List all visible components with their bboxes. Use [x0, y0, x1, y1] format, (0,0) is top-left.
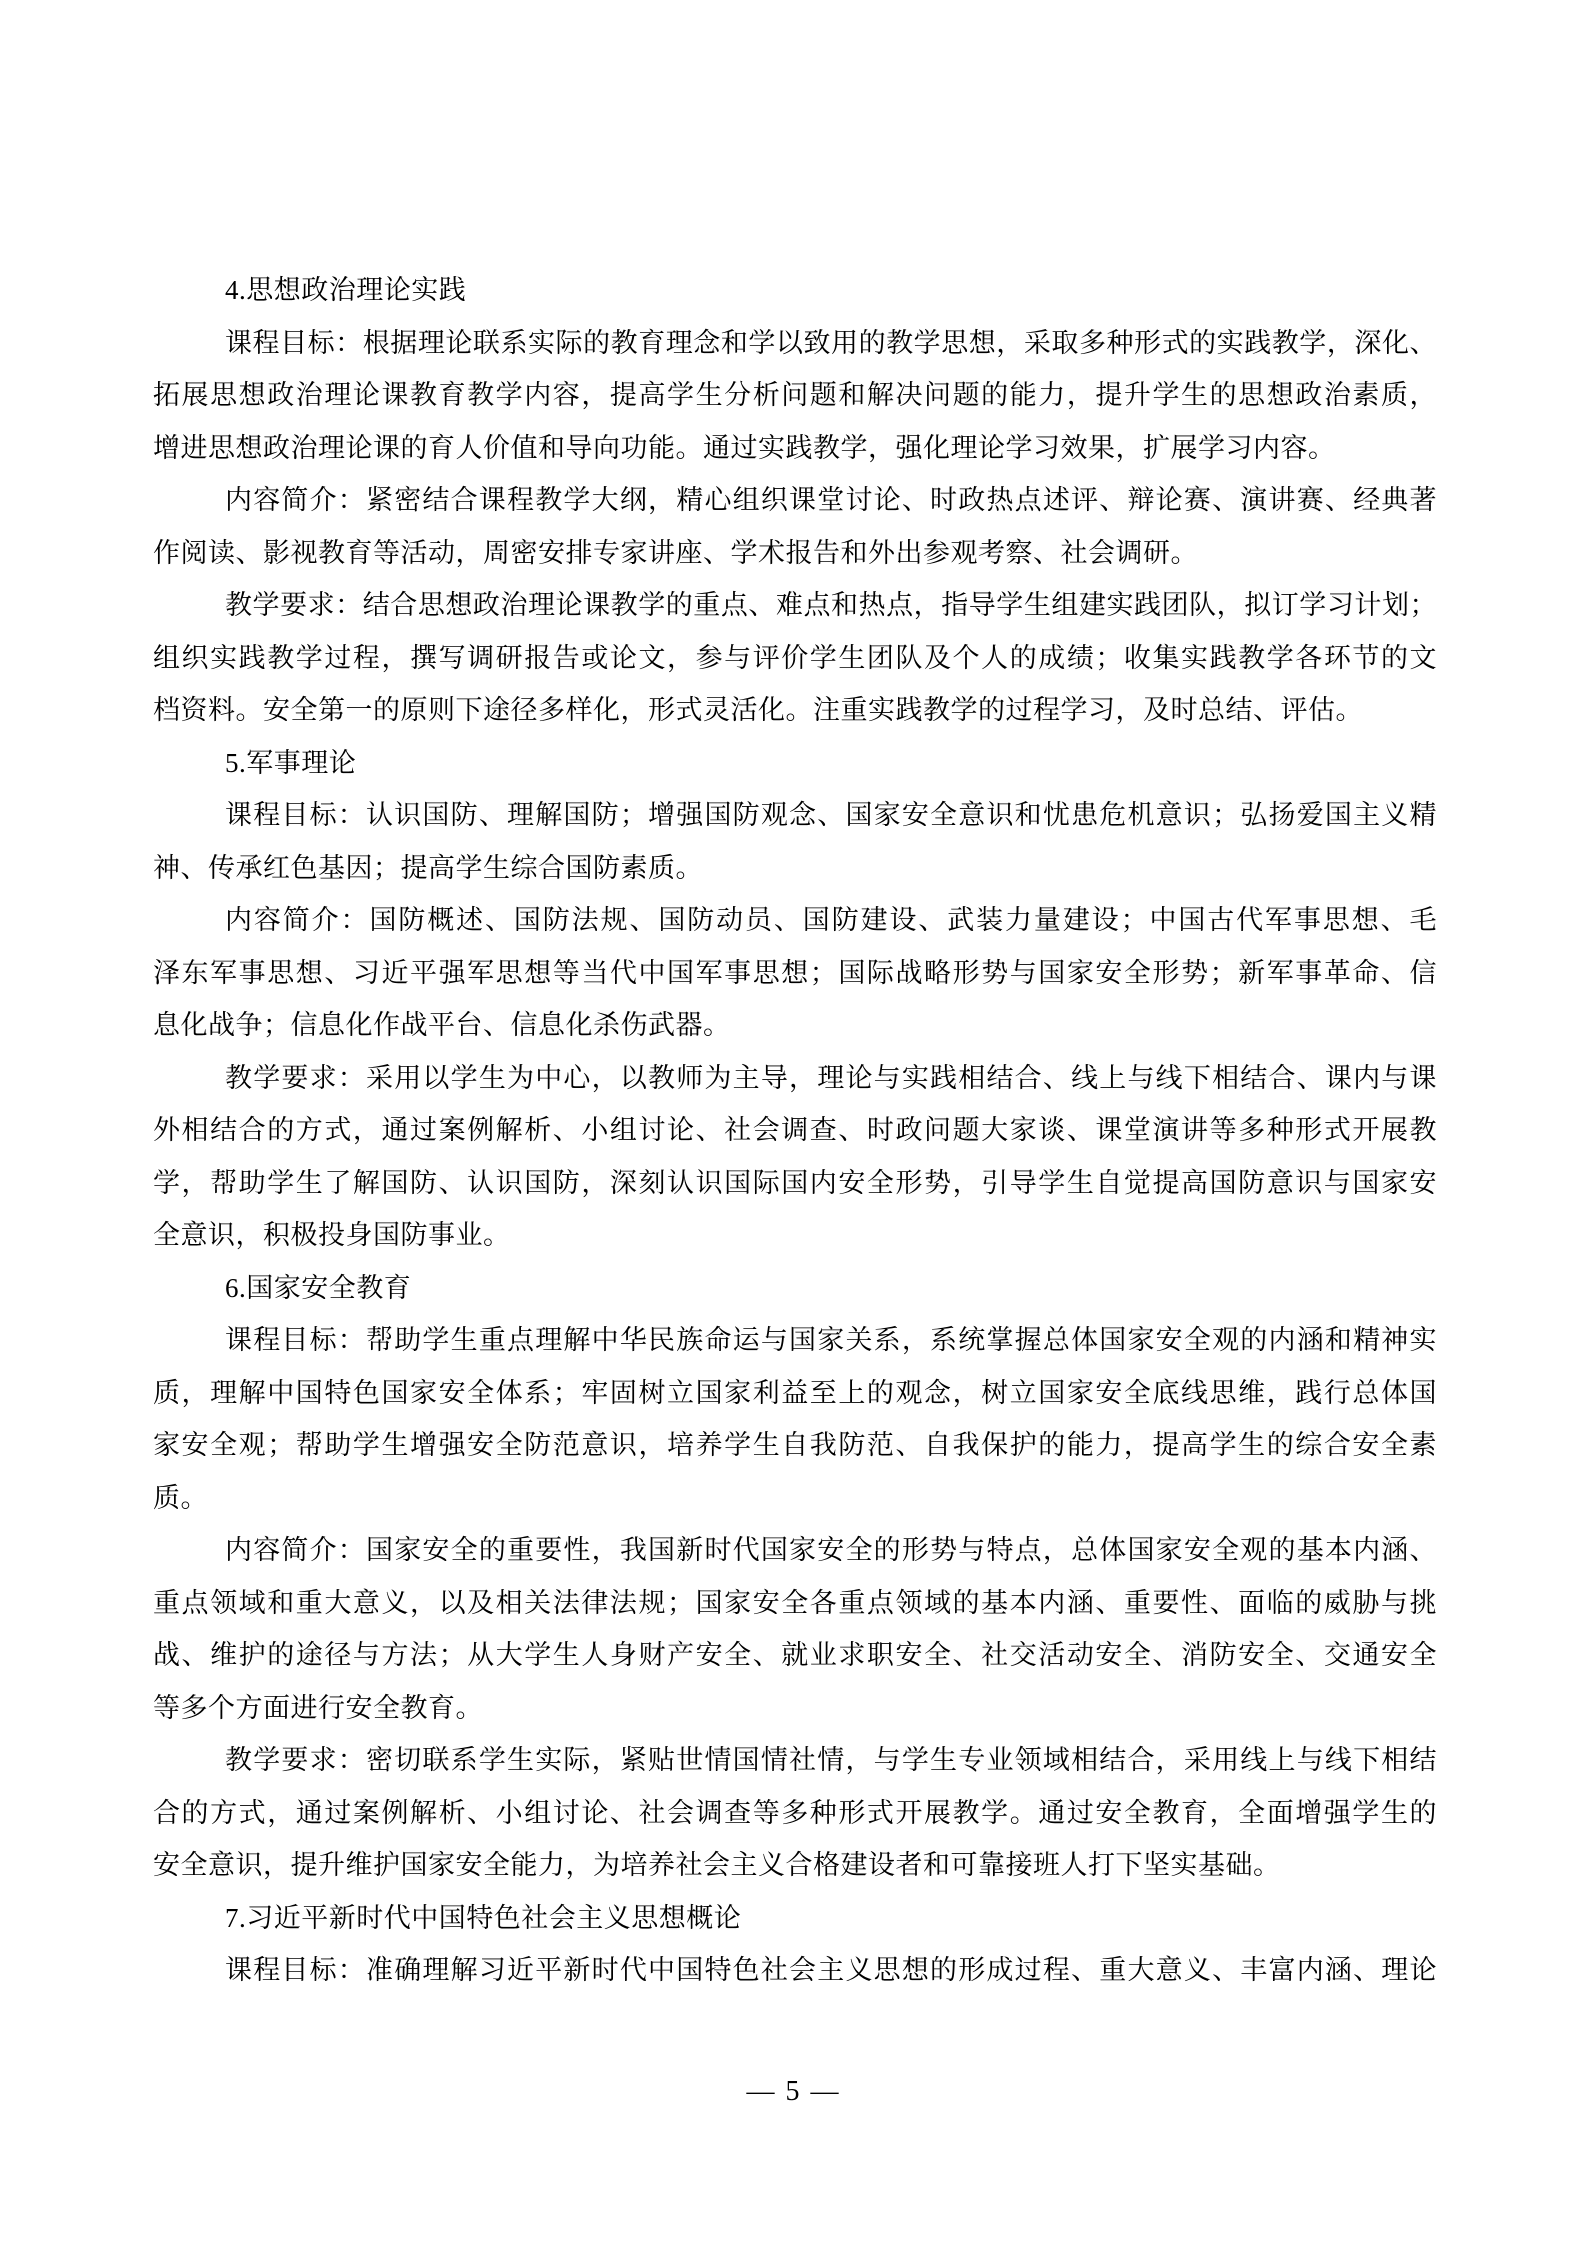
text-line: 重点领域和重大意义，以及相关法律法规；国家安全各重点领域的基本内涵、重要性、面临… — [153, 1577, 1437, 1630]
text-line: 课程目标：根据理论联系实际的教育理念和学以致用的教学思想，采取多种形式的实践教学… — [153, 317, 1437, 370]
text-line: 外相结合的方式，通过案例解析、小组讨论、社会调查、时政问题大家谈、课堂演讲等多种… — [153, 1104, 1437, 1157]
section-heading-6: 6.国家安全教育 — [153, 1262, 1437, 1315]
text-line: 息化战争；信息化作战平台、信息化杀伤武器。 — [153, 999, 1437, 1052]
text-line: 泽东军事思想、习近平强军思想等当代中国军事思想；国际战略形势与国家安全形势；新军… — [153, 947, 1437, 1000]
section-heading-7: 7.习近平新时代中国特色社会主义思想概论 — [153, 1892, 1437, 1945]
text-line: 内容简介：国家安全的重要性，我国新时代国家安全的形势与特点，总体国家安全观的基本… — [153, 1524, 1437, 1577]
document-body: 4.思想政治理论实践 课程目标：根据理论联系实际的教育理念和学以致用的教学思想，… — [153, 264, 1437, 1997]
text-line: 教学要求：密切联系学生实际，紧贴世情国情社情，与学生专业领域相结合，采用线上与线… — [153, 1734, 1437, 1787]
page-number: — 5 — — [0, 2066, 1587, 2118]
section-heading-5: 5.军事理论 — [153, 737, 1437, 790]
text-line: 合的方式，通过案例解析、小组讨论、社会调查等多种形式开展教学。通过安全教育，全面… — [153, 1787, 1437, 1840]
text-line: 课程目标：准确理解习近平新时代中国特色社会主义思想的形成过程、重大意义、丰富内涵… — [153, 1944, 1437, 1997]
text-line: 安全意识，提升维护国家安全能力，为培养社会主义合格建设者和可靠接班人打下坚实基础… — [153, 1839, 1437, 1892]
text-line: 战、维护的途径与方法；从大学生人身财产安全、就业求职安全、社交活动安全、消防安全… — [153, 1629, 1437, 1682]
text-line: 教学要求：结合思想政治理论课教学的重点、难点和热点，指导学生组建实践团队，拟订学… — [153, 579, 1437, 632]
text-line: 内容简介：紧密结合课程教学大纲，精心组织课堂讨论、时政热点述评、辩论赛、演讲赛、… — [153, 474, 1437, 527]
text-line: 学，帮助学生了解国防、认识国防，深刻认识国际国内安全形势，引导学生自觉提高国防意… — [153, 1157, 1437, 1210]
text-line: 神、传承红色基因；提高学生综合国防素质。 — [153, 842, 1437, 895]
text-line: 课程目标：认识国防、理解国防；增强国防观念、国家安全意识和忧患危机意识；弘扬爱国… — [153, 789, 1437, 842]
text-line: 全意识，积极投身国防事业。 — [153, 1209, 1437, 1262]
document-page: 4.思想政治理论实践 课程目标：根据理论联系实际的教育理念和学以致用的教学思想，… — [0, 0, 1587, 2245]
text-line: 质，理解中国特色国家安全体系；牢固树立国家利益至上的观念，树立国家安全底线思维，… — [153, 1367, 1437, 1420]
text-line: 质。 — [153, 1472, 1437, 1525]
text-line: 内容简介：国防概述、国防法规、国防动员、国防建设、武装力量建设；中国古代军事思想… — [153, 894, 1437, 947]
text-line: 组织实践教学过程，撰写调研报告或论文，参与评价学生团队及个人的成绩；收集实践教学… — [153, 632, 1437, 685]
text-line: 拓展思想政治理论课教育教学内容，提高学生分析问题和解决问题的能力，提升学生的思想… — [153, 369, 1437, 422]
text-line: 档资料。安全第一的原则下途径多样化，形式灵活化。注重实践教学的过程学习，及时总结… — [153, 684, 1437, 737]
section-heading-4: 4.思想政治理论实践 — [153, 264, 1437, 317]
text-line: 家安全观；帮助学生增强安全防范意识，培养学生自我防范、自我保护的能力，提高学生的… — [153, 1419, 1437, 1472]
text-line: 作阅读、影视教育等活动，周密安排专家讲座、学术报告和外出参观考察、社会调研。 — [153, 527, 1437, 580]
text-line: 教学要求：采用以学生为中心，以教师为主导，理论与实践相结合、线上与线下相结合、课… — [153, 1052, 1437, 1105]
text-line: 等多个方面进行安全教育。 — [153, 1682, 1437, 1735]
text-line: 增进思想政治理论课的育人价值和导向功能。通过实践教学，强化理论学习效果，扩展学习… — [153, 422, 1437, 475]
text-line: 课程目标：帮助学生重点理解中华民族命运与国家关系，系统掌握总体国家安全观的内涵和… — [153, 1314, 1437, 1367]
